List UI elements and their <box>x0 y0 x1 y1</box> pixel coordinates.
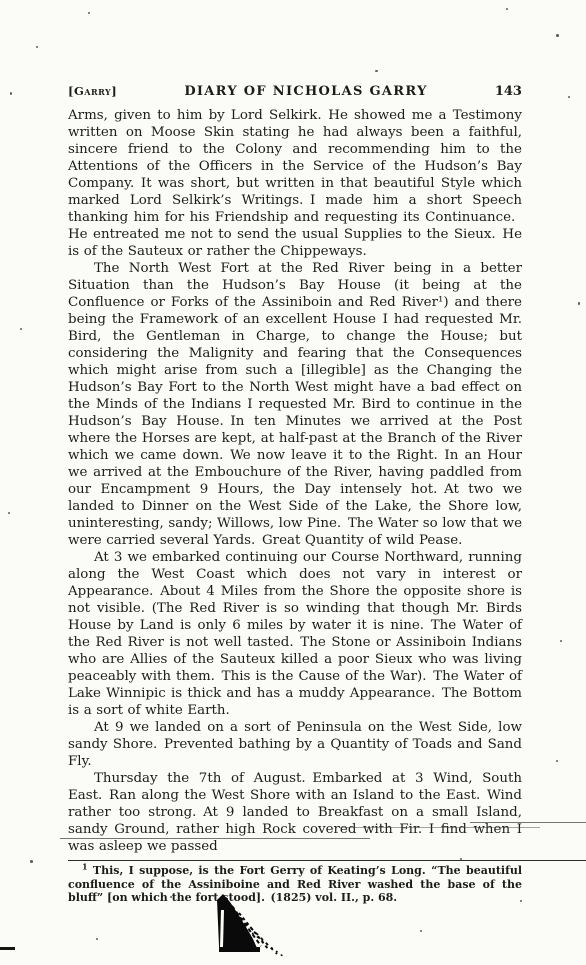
scan-speck <box>300 872 302 874</box>
scan-speck <box>30 860 33 863</box>
running-label: [Garry] <box>68 84 117 98</box>
page-title: DIARY OF NICHOLAS GARRY <box>184 84 427 99</box>
paragraph: The North West Fort at the Red River bei… <box>68 260 522 549</box>
scan-speck <box>520 900 522 902</box>
paragraph: Arms, given to him by Lord Selkirk. He s… <box>68 107 522 260</box>
scan-speck <box>556 34 559 37</box>
ink-blot-artifact <box>202 890 298 960</box>
scanned-book-page: [Garry] DIARY OF NICHOLAS GARRY 143 Arms… <box>0 0 586 965</box>
scan-speck <box>568 96 570 98</box>
scan-speck <box>10 92 12 95</box>
scan-speck <box>170 896 172 898</box>
footnote-separator <box>68 860 586 861</box>
scan-speck <box>96 938 98 940</box>
page-number: 143 <box>495 84 522 99</box>
scan-speck <box>420 930 422 932</box>
scan-speck <box>506 8 508 10</box>
scan-speck <box>578 302 580 305</box>
scan-speck <box>556 760 558 762</box>
body-text: Arms, given to him by Lord Selkirk. He s… <box>68 107 522 855</box>
text-block: [Garry] DIARY OF NICHOLAS GARRY 143 Arms… <box>68 84 522 905</box>
scan-speck <box>36 46 38 48</box>
scan-artifact-line <box>470 822 586 823</box>
scan-speck <box>460 858 462 860</box>
scan-speck <box>560 640 562 642</box>
scan-speck <box>88 12 90 14</box>
scan-speck <box>375 70 378 72</box>
paragraph: At 9 we landed on a sort of Peninsula on… <box>68 719 522 770</box>
scan-artifact-line <box>60 838 370 839</box>
scan-speck <box>20 328 22 330</box>
scan-artifact-line <box>340 827 540 828</box>
scan-smudge <box>0 947 15 950</box>
paragraph: Thursday the 7th of August. Embarked at … <box>68 770 522 855</box>
paragraph: At 3 we embarked continuing our Course N… <box>68 549 522 719</box>
running-head: [Garry] DIARY OF NICHOLAS GARRY 143 <box>68 84 522 99</box>
scan-speck <box>8 512 10 514</box>
